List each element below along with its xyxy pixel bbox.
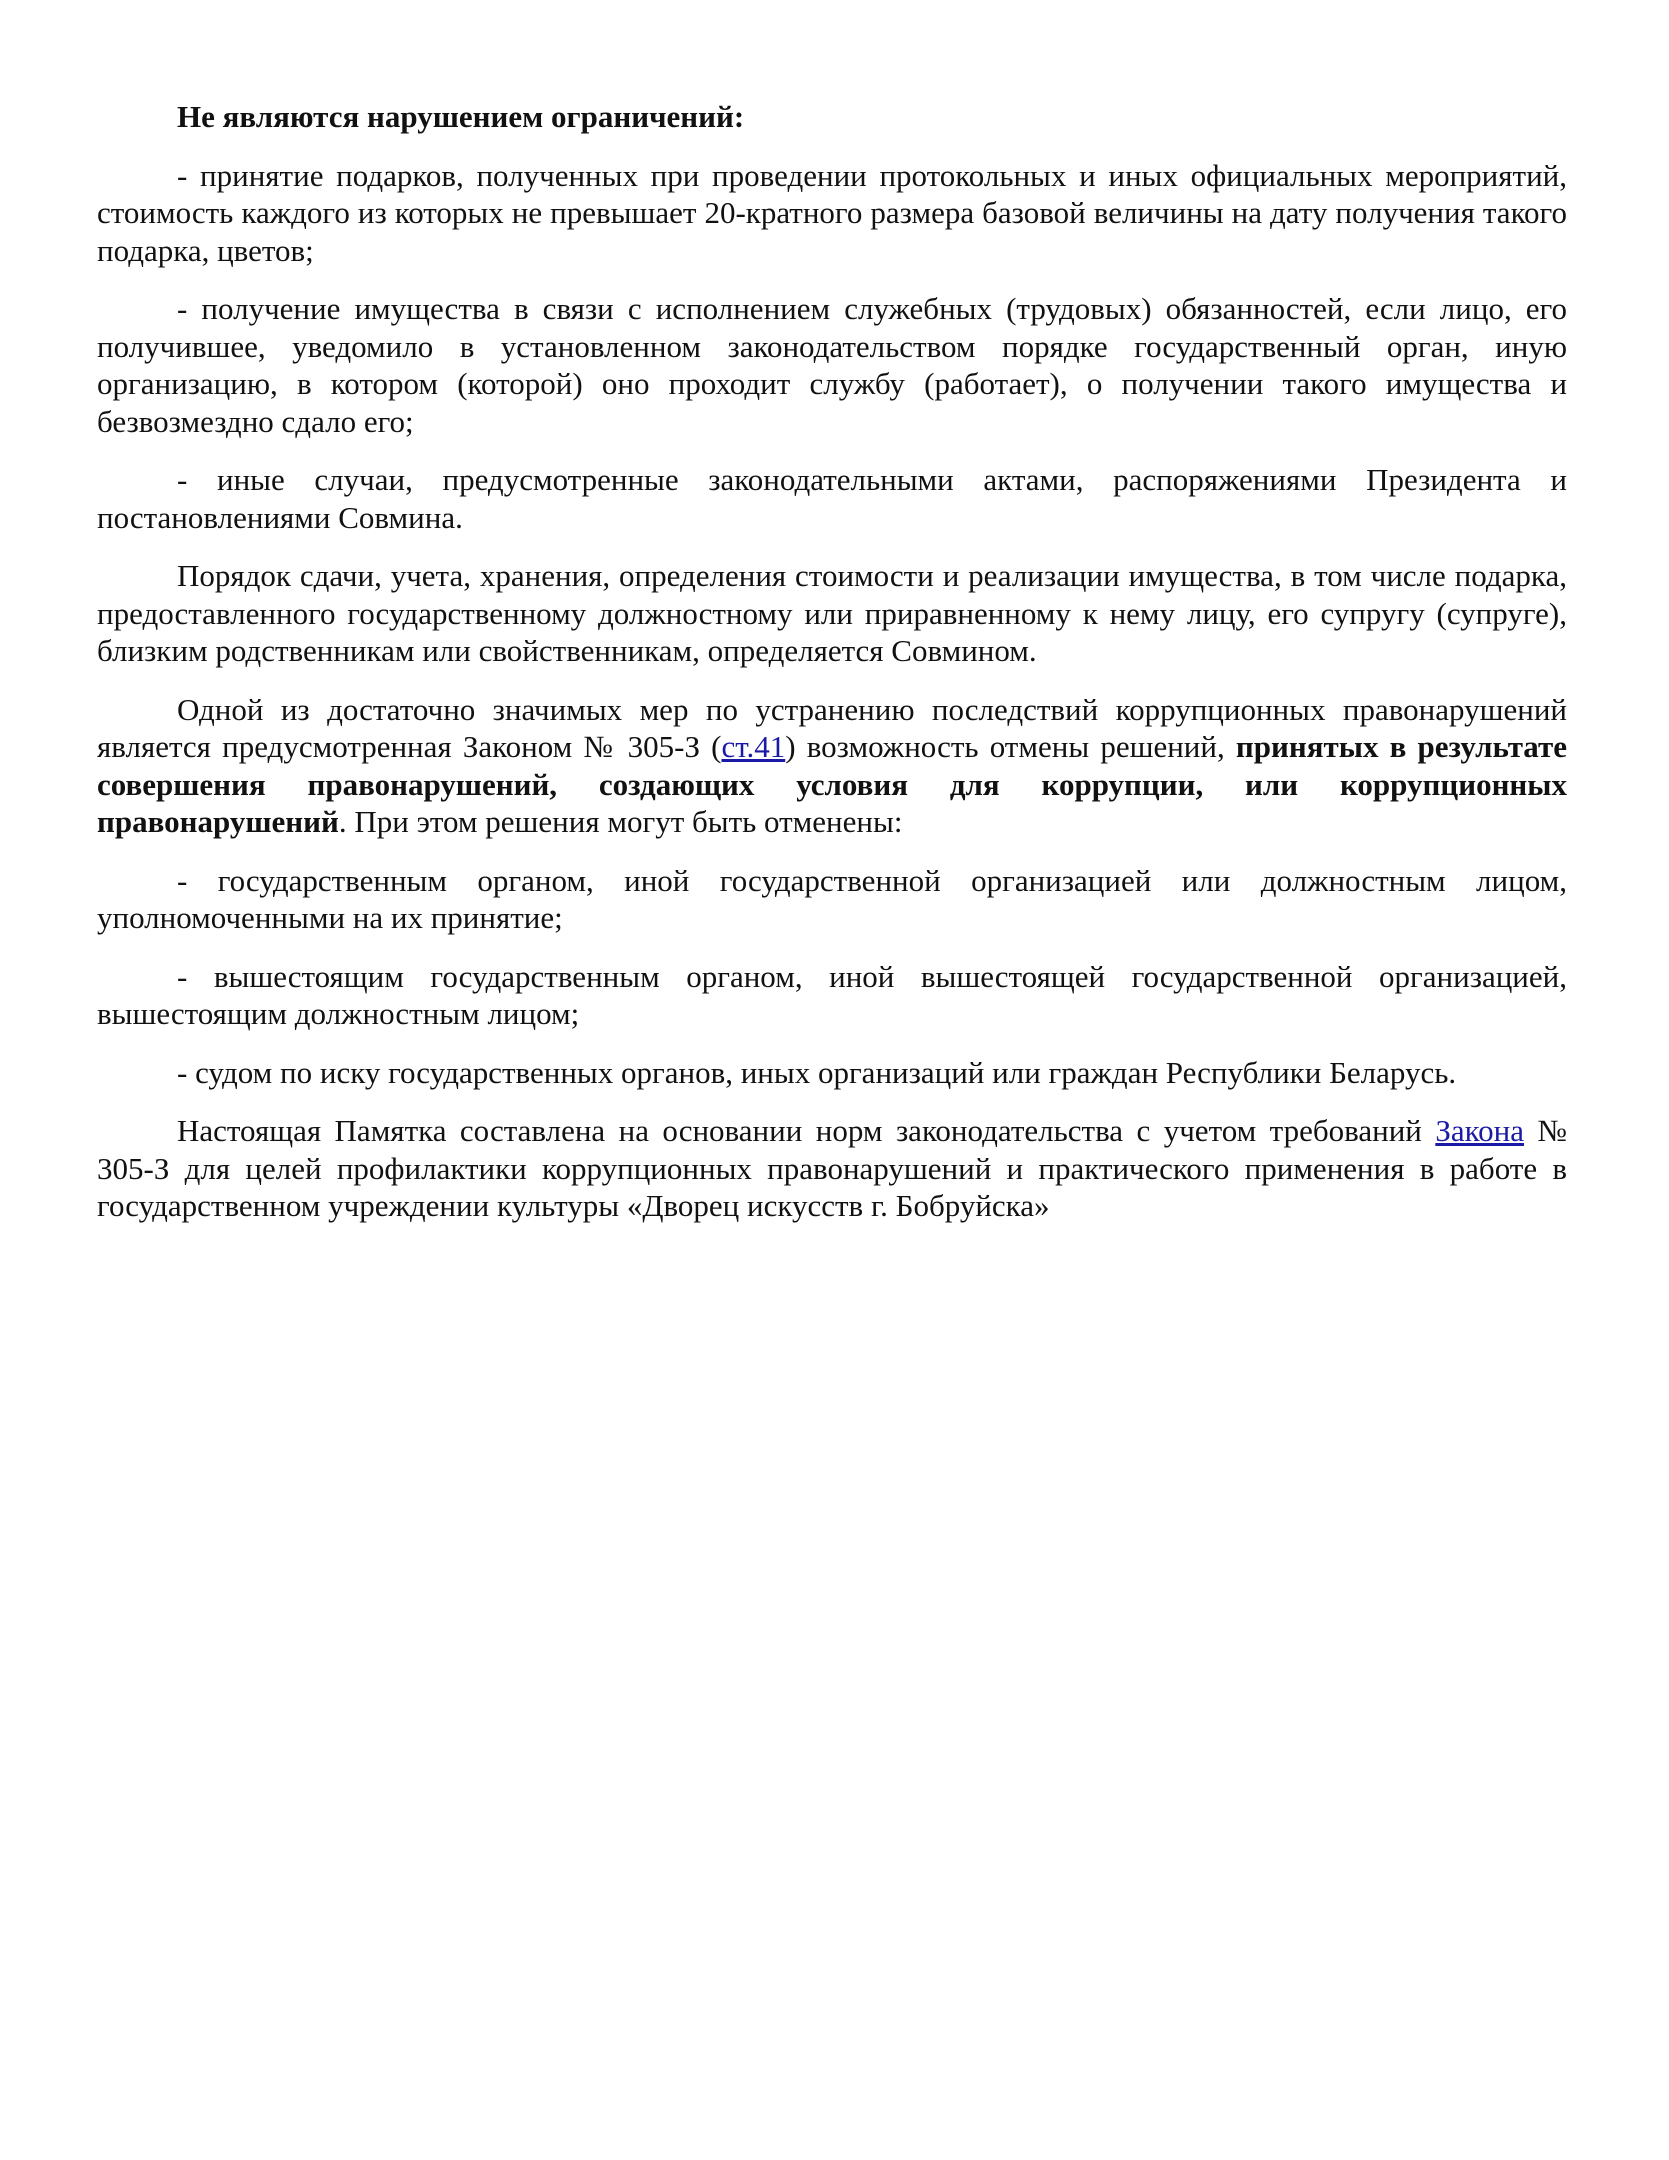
law-link[interactable]: Закона xyxy=(1435,1113,1524,1148)
exception-item: - принятие подарков, полученных при пров… xyxy=(97,157,1567,270)
closing-text-1: Настоящая Памятка составлена на основани… xyxy=(177,1113,1435,1148)
cancellation-item: - вышестоящим государственным органом, и… xyxy=(97,958,1567,1033)
closing-paragraph: Настоящая Памятка составлена на основани… xyxy=(97,1112,1567,1225)
cancellation-item: - государственным органом, иной государс… xyxy=(97,862,1567,937)
article-41-link[interactable]: ст.41 xyxy=(721,729,785,764)
cancellation-item: - судом по иску государственных органов,… xyxy=(97,1054,1567,1092)
exception-item: - получение имущества в связи с исполнен… xyxy=(97,290,1567,440)
procedure-paragraph: Порядок сдачи, учета, хранения, определе… xyxy=(97,557,1567,670)
exception-item: - иные случаи, предусмотренные законодат… xyxy=(97,461,1567,536)
measures-text-2: ) возможность отмены решений, xyxy=(785,729,1236,764)
measures-text-3: . При этом решения могут быть отменены: xyxy=(339,804,903,839)
document-page: Не являются нарушением ограничений: - пр… xyxy=(97,98,1567,1246)
section-heading: Не являются нарушением ограничений: xyxy=(97,98,1567,136)
measures-paragraph: Одной из достаточно значимых мер по устр… xyxy=(97,691,1567,841)
